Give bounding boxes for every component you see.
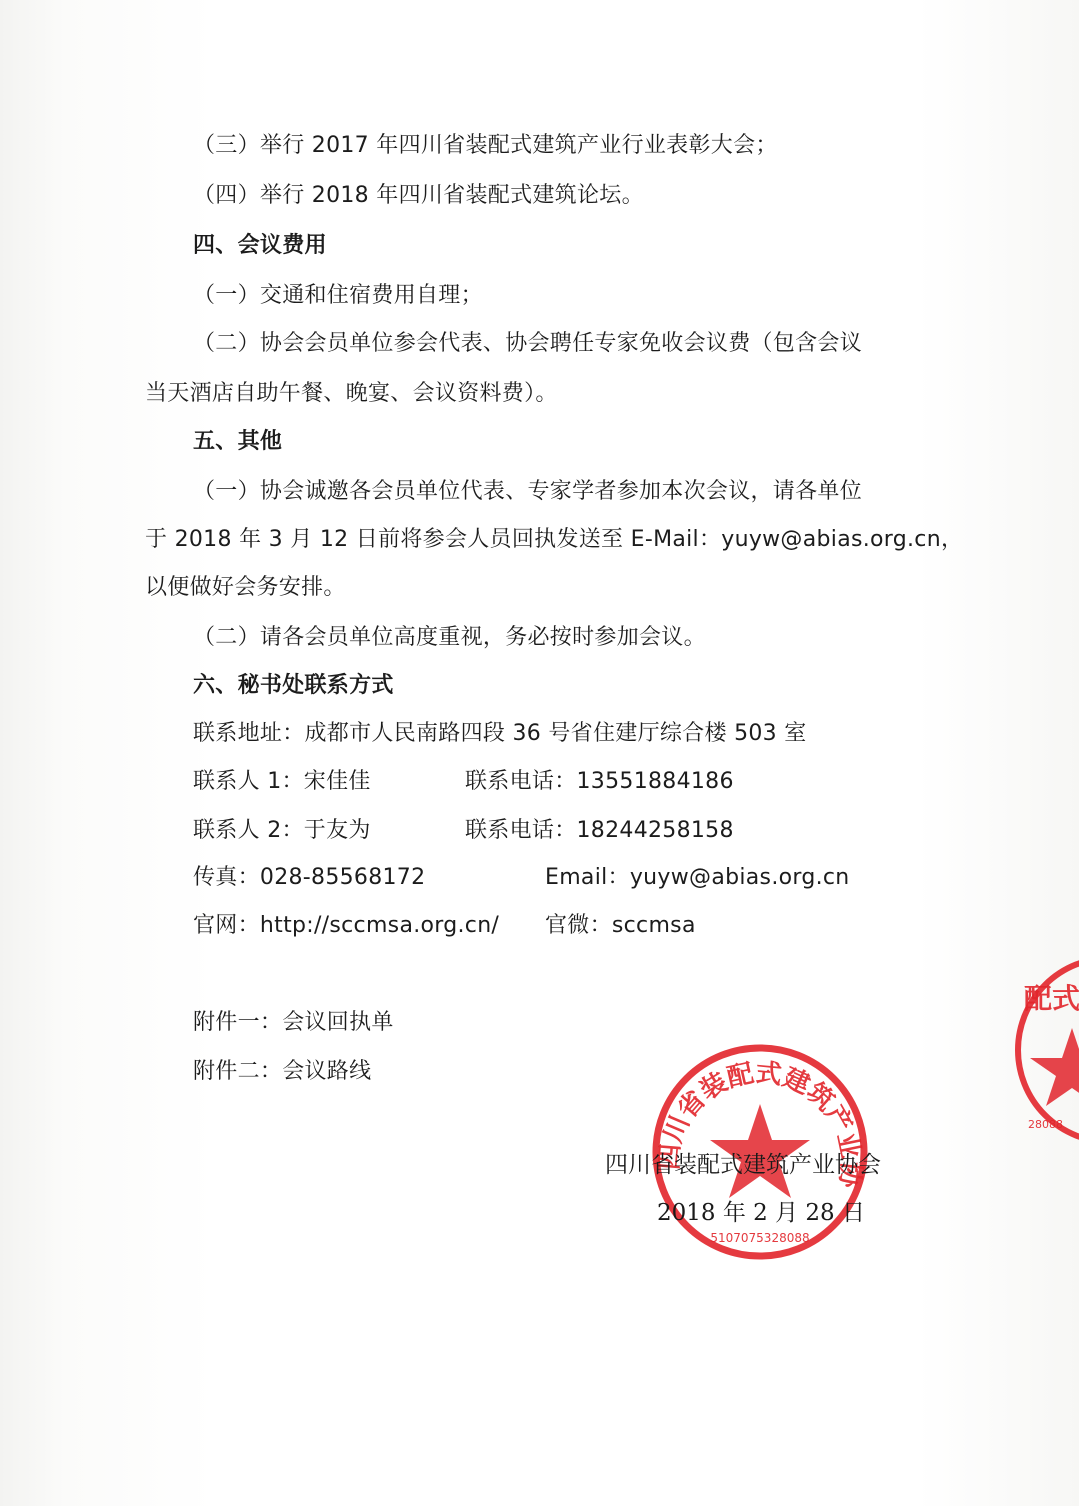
other-item-1-cont2: 以便做好会务安排。 [145, 570, 346, 601]
other-item-1-cont: 于 2018 年 3 月 12 日前将参会人员回执发送至 E-Mail：yuyw… [145, 522, 963, 553]
section-heading-fees: 四、会议费用 [193, 228, 327, 259]
partial-seal-code: 28088 [1028, 1118, 1063, 1131]
attachment-1: 附件一：会议回执单 [193, 1005, 394, 1036]
contact-fax: 传真：028-85568172 [193, 860, 425, 891]
fee-item-1: （一）交通和住宿费用自理； [193, 278, 483, 309]
other-item-2: （二）请各会员单位高度重视，务必按时参加会议。 [193, 620, 706, 651]
contact-address: 联系地址：成都市人民南路四段 36 号省住建厅综合楼 503 室 [193, 716, 807, 747]
agenda-item-4: （四）举行 2018 年四川省装配式建筑论坛。 [193, 178, 644, 209]
contact-website[interactable]: 官网：http://sccmsa.org.cn/ [193, 908, 499, 939]
seal-code: 5107075328088 [710, 1231, 809, 1245]
section-heading-other: 五、其他 [193, 424, 282, 455]
contact-email[interactable]: Email：yuyw@abias.org.cn [545, 860, 850, 891]
signature-date: 2018 年 2 月 28 日 [657, 1194, 865, 1227]
partial-seal: 配式 28088 [1010, 950, 1079, 1150]
contact-phone-2: 联系电话：18244258158 [465, 813, 734, 844]
fee-item-2: （二）协会会员单位参会代表、协会聘任专家免收会议费（包含会议 [193, 326, 862, 357]
contact-person-1: 联系人 1：宋佳佳 [193, 764, 371, 795]
fee-item-2-cont: 当天酒店自助午餐、晚宴、会议资料费）。 [145, 376, 558, 407]
signature-org: 四川省装配式建筑产业协会 [605, 1146, 881, 1179]
agenda-item-3: （三）举行 2017 年四川省装配式建筑产业行业表彰大会； [193, 128, 778, 159]
contact-wechat: 官微：sccmsa [545, 908, 696, 939]
partial-seal-text: 配式 [1024, 982, 1079, 1015]
contact-person-2: 联系人 2：于友为 [193, 813, 371, 844]
section-heading-contact: 六、秘书处联系方式 [193, 668, 394, 699]
other-item-1: （一）协会诚邀各会员单位代表、专家学者参加本次会议，请各单位 [193, 474, 862, 505]
attachment-2: 附件二：会议路线 [193, 1054, 371, 1085]
contact-phone-1: 联系电话：13551884186 [465, 764, 734, 795]
